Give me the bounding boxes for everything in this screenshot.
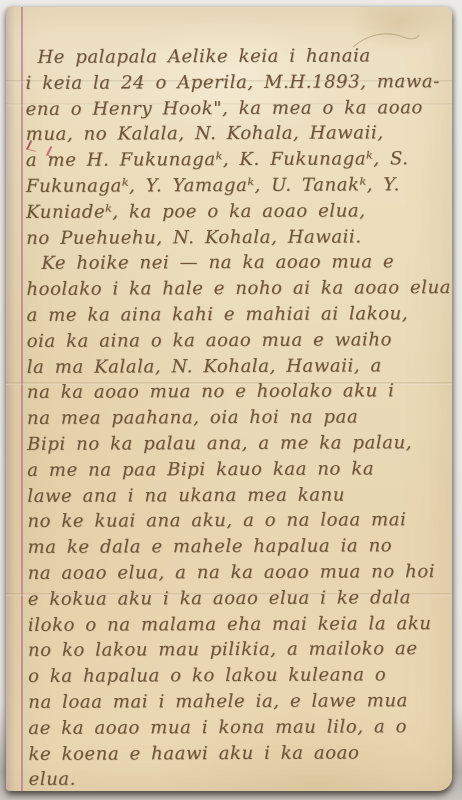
manuscript-line: iloko o na malama eha mai keia la aku: [28, 611, 447, 639]
manuscript-line: a me H. Fukunagaᵏ, K. Fukunagaᵏ, S.: [26, 146, 445, 174]
manuscript-line: i keia la 24 o Aperila, M.H.1893, mawa-: [25, 69, 444, 97]
manuscript-line: a me na paa Bipi kauo kaa no ka: [27, 456, 446, 484]
manuscript-line: ena o Henry Hook", ka mea o ka aoao: [26, 95, 445, 123]
manuscript-line: ma ke dala e mahele hapalua ia no: [28, 533, 447, 561]
margin-rule-line: [21, 7, 23, 791]
manuscript-line: elua.: [29, 765, 448, 793]
manuscript-line: Ke hoike nei — na ka aoao mua e: [26, 249, 445, 277]
manuscript-line: oia ka aina o ka aoao mua e waiho: [27, 327, 446, 355]
manuscript-line: ke koena e haawi aku i ka aoao: [28, 740, 447, 768]
manuscript-line: no ko lakou mau pilikia, a mailoko ae: [28, 636, 447, 664]
manuscript-line: a me ka aina kahi e mahiai ai lakou,: [26, 301, 445, 329]
manuscript-line: na mea paahana, oia hoi na paa: [27, 404, 446, 432]
scanned-document-background: He palapala Aelike keia i hanaia i keia …: [0, 0, 462, 800]
manuscript-line: na aoao elua, a na ka aoao mua no hoi: [28, 559, 447, 587]
page-edge-tint: [6, 7, 15, 791]
manuscript-line: Kuniadeᵏ, ka poe o ka aoao elua,: [26, 198, 445, 226]
manuscript-line: Fukunagaᵏ, Y. Yamagaᵏ, U. Tanakᵏ, Y.: [26, 172, 445, 200]
manuscript-line: no Puehuehu, N. Kohala, Hawaii.: [26, 224, 445, 252]
manuscript-line: na loaa mai i mahele ia, e lawe mua: [28, 688, 447, 716]
manuscript-line: ae ka aoao mua i kona mau lilo, a o: [28, 714, 447, 742]
manuscript-line: hoolako i ka hale e noho ai ka aoao elua: [26, 275, 445, 303]
manuscript-line: lawe ana i na ukana mea kanu: [27, 482, 446, 510]
manuscript-line: mua, no Kalala, N. Kohala, Hawaii,: [26, 120, 445, 148]
manuscript-line: He palapala Aelike keia i hanaia: [25, 43, 444, 71]
manuscript-line: o ka hapalua o ko lakou kuleana o: [28, 662, 447, 690]
manuscript-line: na ka aoao mua no e hoolako aku i: [27, 378, 446, 406]
manuscript-line: la ma Kalala, N. Kohala, Hawaii, a: [27, 353, 446, 381]
manuscript-text: He palapala Aelike keia i hanaia i keia …: [25, 43, 447, 793]
manuscript-line: no ke kuai ana aku, a o na loaa mai: [27, 507, 446, 535]
manuscript-line: e kokua aku i ka aoao elua i ke dala: [28, 585, 447, 613]
manuscript-line: Bipi no ka palau ana, a me ka palau,: [27, 430, 446, 458]
manuscript-page: He palapala Aelike keia i hanaia i keia …: [6, 7, 452, 791]
